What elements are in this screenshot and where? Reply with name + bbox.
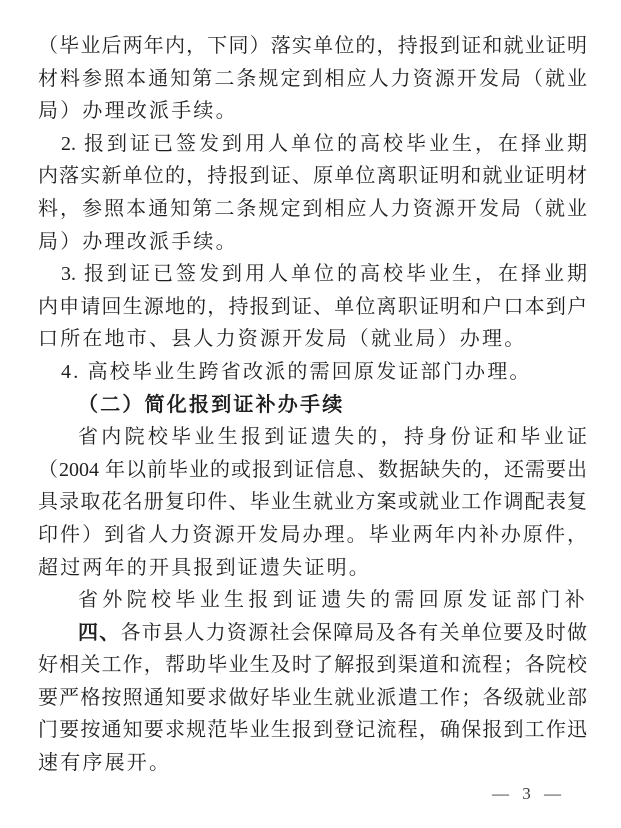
- paragraph-item-3: 3. 报到证已签发到用人单位的高校毕业生，在择业期内申请回生源地的，持报到证、单…: [38, 258, 587, 356]
- text-line: 口所在地市、县人力资源开发局（就业局）办理。: [38, 323, 587, 356]
- text-line: 料，参照本通知第二条规定到相应人力资源开发局（就业: [38, 193, 587, 226]
- text-line: （二）简化报到证补办手续: [38, 389, 587, 422]
- paragraph-section-4: 四、各市县人力资源社会保障局及各有关单位要及时做好相关工作，帮助毕业生及时了解报…: [38, 617, 587, 780]
- text-line: 内落实新单位的，持报到证、原单位离职证明和就业证明材: [38, 160, 587, 193]
- bold-section-number: 四、: [78, 622, 121, 644]
- paragraph-province-internal: 省内院校毕业生报到证遗失的，持身份证和毕业证（2004 年以前毕业的或报到证信息…: [38, 421, 587, 584]
- text-run: 各市县人力资源社会保障局及各有关单位要及时做: [121, 622, 587, 644]
- text-line: 局）办理改派手续。: [38, 95, 587, 128]
- text-line: 超过两年的开具报到证遗失证明。: [38, 552, 587, 585]
- text-line: 内申请回生源地的，持报到证、单位离职证明和户口本到户: [38, 291, 587, 324]
- text-line: 局）办理改派手续。: [38, 226, 587, 259]
- paragraph-item-2: 2. 报到证已签发到用人单位的高校毕业生，在择业期内落实新单位的，持报到证、原单…: [38, 128, 587, 258]
- text-line: 印件）到省人力资源开发局办理。毕业两年内补办原件，: [38, 519, 587, 552]
- text-line: 四、各市县人力资源社会保障局及各有关单位要及时做: [38, 617, 587, 650]
- text-line: （毕业后两年内，下同）落实单位的，持报到证和就业证明: [38, 30, 587, 63]
- document-body: （毕业后两年内，下同）落实单位的，持报到证和就业证明材料参照本通知第二条规定到相…: [38, 30, 587, 780]
- text-line: 具录取花名册复印件、毕业生就业方案或就业工作调配表复: [38, 486, 587, 519]
- text-line: 速有序展开。: [38, 747, 587, 780]
- page-number: — 3 —: [492, 784, 563, 804]
- text-line: （2004 年以前毕业的或报到证信息、数据缺失的，还需要出: [38, 454, 587, 487]
- text-line: 省外院校毕业生报到证遗失的需回原发证部门补办。: [38, 584, 587, 617]
- text-line: 好相关工作，帮助毕业生及时了解报到渠道和流程；各院校: [38, 649, 587, 682]
- text-line: 4. 高校毕业生跨省改派的需回原发证部门办理。: [38, 356, 587, 389]
- paragraph-subheading-2: （二）简化报到证补办手续: [38, 389, 587, 422]
- paragraph-continuation: （毕业后两年内，下同）落实单位的，持报到证和就业证明材料参照本通知第二条规定到相…: [38, 30, 587, 128]
- scanned-document-page: （毕业后两年内，下同）落实单位的，持报到证和就业证明材料参照本通知第二条规定到相…: [0, 0, 621, 828]
- text-line: 要严格按照通知要求做好毕业生就业派遣工作；各级就业部: [38, 682, 587, 715]
- text-line: 省内院校毕业生报到证遗失的，持身份证和毕业证: [38, 421, 587, 454]
- paragraph-province-external: 省外院校毕业生报到证遗失的需回原发证部门补办。: [38, 584, 587, 617]
- text-line: 材料参照本通知第二条规定到相应人力资源开发局（就业: [38, 63, 587, 96]
- text-line: 门要按通知要求规范毕业生报到登记流程，确保报到工作迅: [38, 714, 587, 747]
- text-line: 2. 报到证已签发到用人单位的高校毕业生，在择业期: [38, 128, 587, 161]
- paragraph-item-4: 4. 高校毕业生跨省改派的需回原发证部门办理。: [38, 356, 587, 389]
- text-line: 3. 报到证已签发到用人单位的高校毕业生，在择业期: [38, 258, 587, 291]
